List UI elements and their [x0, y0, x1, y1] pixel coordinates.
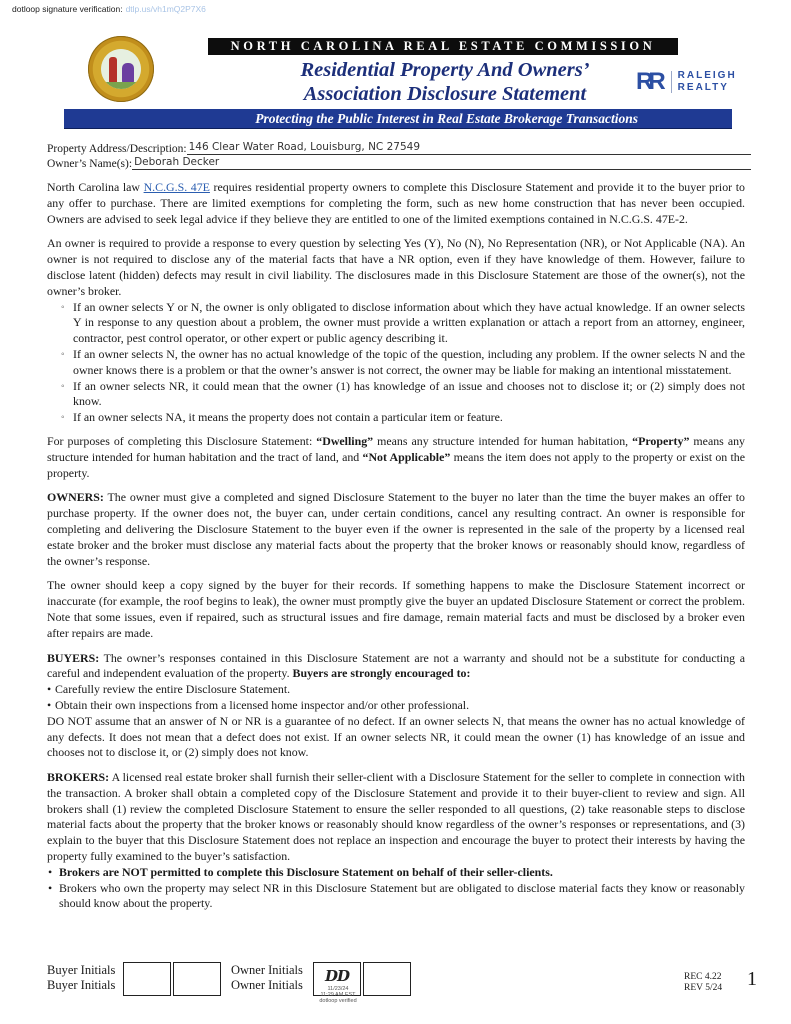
brokers-heading: BROKERS: — [47, 770, 109, 784]
page-title: Residential Property And Owners’ Associa… — [260, 58, 630, 106]
definitions-paragraph: For purposes of completing this Disclosu… — [47, 434, 745, 481]
commission-banner: NORTH CAROLINA REAL ESTATE COMMISSION — [208, 38, 678, 55]
logo-divider — [671, 71, 672, 93]
list-item: If an owner selects Y or N, the owner is… — [73, 300, 745, 347]
verification-label: dotloop signature verification: — [12, 4, 123, 14]
buyers-heading: BUYERS: — [47, 651, 99, 665]
logo-line-2: REALTY — [678, 82, 737, 94]
owner-name-row: Owner’s Name(s): Deborah Decker — [47, 156, 751, 170]
list-item: If an owner selects N, the owner has no … — [73, 347, 745, 379]
nc-state-seal-icon — [88, 36, 154, 102]
buyer-initials-box-1[interactable] — [123, 962, 171, 996]
property-address-field[interactable]: 146 Clear Water Road, Louisburg, NC 2754… — [187, 141, 751, 155]
rr-logo-icon: RR — [636, 70, 661, 94]
ncgs-47e-link[interactable]: N.C.G.S. 47E — [144, 180, 210, 194]
owner-initials-box-1[interactable]: DD 11/23/24 11:29 AM EST dotloop verifie… — [313, 962, 361, 996]
buyer-initials-box-2[interactable] — [173, 962, 221, 996]
response-options-list: If an owner selects Y or N, the owner is… — [47, 300, 745, 426]
raleigh-realty-logo: RR RALEIGH REALTY — [636, 70, 737, 94]
owner-initials-signature: DD — [314, 967, 360, 985]
dotloop-stamp: 11/23/24 11:29 AM EST dotloop verified — [310, 986, 366, 1004]
page-number: 1 — [747, 968, 757, 991]
buyers-list: Carefully review the entire Disclosure S… — [47, 682, 745, 714]
list-item: Obtain their own inspections from a lice… — [47, 698, 745, 714]
rec-code: REC 4.22 — [684, 972, 722, 983]
buyers-paragraph: BUYERS: The owner’s responses contained … — [47, 651, 745, 683]
owner-initials-label-1: Owner Initials — [231, 963, 303, 978]
intro-paragraph: North Carolina law N.C.G.S. 47E requires… — [47, 180, 745, 227]
brokers-paragraph: BROKERS: A licensed real estate broker s… — [47, 770, 745, 865]
disclosure-body: North Carolina law N.C.G.S. 47E requires… — [47, 180, 745, 912]
list-item: Brokers who own the property may select … — [47, 881, 745, 913]
signature-verification: dotloop signature verification:dtlp.us/v… — [12, 4, 206, 14]
response-paragraph: An owner is required to provide a respon… — [47, 236, 745, 299]
owner-initials-label-2: Owner Initials — [231, 978, 303, 993]
owner-name-field[interactable]: Deborah Decker — [132, 156, 751, 170]
title-line-2: Association Disclosure Statement — [260, 82, 630, 106]
owner-initials-box-2[interactable] — [363, 962, 411, 996]
owners-heading: OWNERS: — [47, 490, 104, 504]
title-line-1: Residential Property And Owners’ — [260, 58, 630, 82]
owner-name-label: Owner’s Name(s): — [47, 158, 132, 170]
list-item: If an owner selects NR, it could mean th… — [73, 379, 745, 411]
rev-code: REV 5/24 — [684, 983, 722, 994]
buyer-initials-label-2: Buyer Initials — [47, 978, 115, 993]
list-item: Carefully review the entire Disclosure S… — [47, 682, 745, 698]
tagline-banner: Protecting the Public Interest in Real E… — [64, 109, 732, 128]
form-revision: REC 4.22 REV 5/24 — [684, 972, 722, 994]
initials-footer: Buyer Initials Buyer Initials Owner Init… — [47, 962, 767, 1012]
owner-copy-paragraph: The owner should keep a copy signed by t… — [47, 578, 745, 641]
list-item: Brokers are NOT permitted to complete th… — [47, 865, 745, 881]
logo-line-1: RALEIGH — [678, 70, 737, 82]
property-address-label: Property Address/Description: — [47, 143, 187, 155]
verification-link[interactable]: dtlp.us/vh1mQ2P7X6 — [126, 4, 206, 14]
buyers-warning: DO NOT assume that an answer of N or NR … — [47, 714, 745, 761]
buyer-initials-label-1: Buyer Initials — [47, 963, 115, 978]
property-address-row: Property Address/Description: 146 Clear … — [47, 141, 751, 155]
list-item: If an owner selects NA, it means the pro… — [73, 410, 745, 426]
owners-paragraph: OWNERS: The owner must give a completed … — [47, 490, 745, 569]
brokers-list: Brokers are NOT permitted to complete th… — [47, 865, 745, 912]
